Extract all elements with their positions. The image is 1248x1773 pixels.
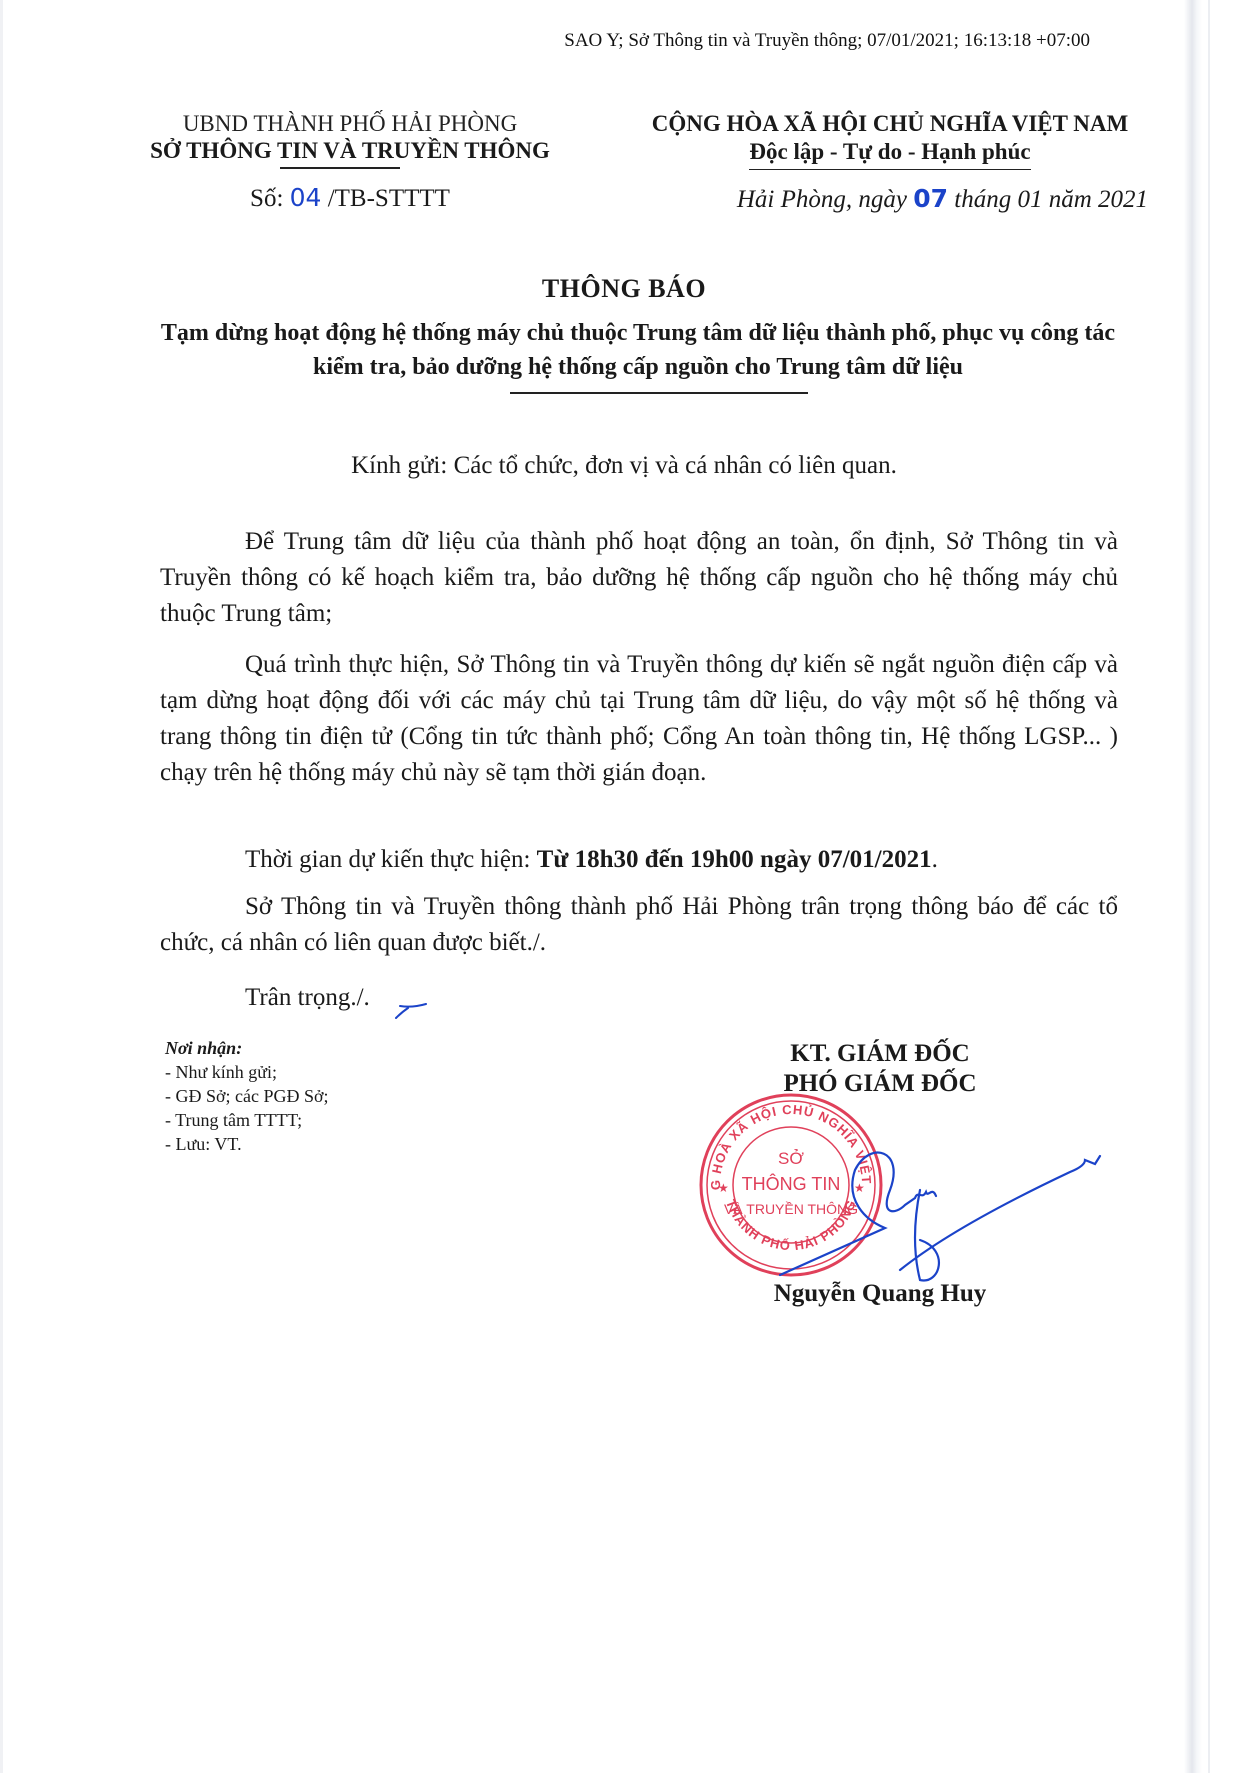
subtitle-underline: [510, 392, 808, 394]
scan-artifact-line: [1208, 0, 1210, 1773]
recipients-label: Nơi nhận:: [165, 1036, 329, 1060]
paragraph-text: Quá trình thực hiện, Sở Thông tin và Tru…: [160, 647, 1118, 791]
document-title: THÔNG BÁO: [0, 274, 1248, 304]
document-number: Số: 04 /TB-STTTT: [120, 183, 580, 213]
national-motto: Độc lập - Tự do - Hạnh phúc: [749, 137, 1030, 170]
authority-name: UBND THÀNH PHỐ HẢI PHÒNG: [120, 110, 580, 137]
issuing-authority-block: UBND THÀNH PHỐ HẢI PHÒNG SỞ THÔNG TIN VÀ…: [120, 110, 580, 213]
recipients-block: Nơi nhận: - Như kính gửi; - GĐ Sở; các P…: [165, 1036, 329, 1156]
svg-text:★: ★: [718, 1181, 729, 1195]
handwritten-tick-icon: [392, 1000, 432, 1022]
place-date: Hải Phòng, ngày 07 tháng 01 năm 2021: [620, 184, 1160, 214]
schedule-paragraph: Thời gian dự kiến thực hiện: Từ 18h30 đế…: [160, 842, 1118, 878]
paragraph-text: Để Trung tâm dữ liệu của thành phố hoạt …: [160, 524, 1118, 632]
month-year: tháng 01 năm 2021: [954, 186, 1148, 213]
scan-left-edge: [0, 0, 3, 1773]
recipient-item: - GĐ Sở; các PGĐ Sở;: [165, 1084, 329, 1108]
copy-stamp: SAO Y; Sở Thông tin và Truyền thông; 07/…: [564, 30, 1090, 52]
document-subtitle: Tạm dừng hoạt động hệ thống máy chủ thuộ…: [150, 316, 1126, 384]
scan-artifact: [1184, 0, 1202, 1773]
schedule-label: Thời gian dự kiến thực hiện:: [245, 846, 537, 873]
closing: Trân trọng./.: [160, 980, 1118, 1016]
national-motto-block: CỘNG HÒA XÃ HỘI CHỦ NGHĨA VIỆT NAM Độc l…: [620, 110, 1160, 214]
department-underline: [280, 167, 400, 169]
number-suffix: /TB-STTTT: [328, 185, 450, 212]
body-paragraph-4: Sở Thông tin và Truyền thông thành phố H…: [160, 889, 1118, 961]
signer-name: Nguyễn Quang Huy: [720, 1280, 1040, 1308]
closing-text: Trân trọng./.: [160, 980, 1118, 1016]
body-paragraph-1: Để Trung tâm dữ liệu của thành phố hoạt …: [160, 524, 1118, 632]
schedule-end: .: [932, 846, 938, 873]
day-handwritten: 07: [913, 184, 948, 213]
place-date-prefix: Hải Phòng, ngày: [737, 186, 907, 213]
paragraph-text: Sở Thông tin và Truyền thông thành phố H…: [160, 889, 1118, 961]
number-label: Số:: [250, 185, 283, 212]
handwritten-signature-icon: [740, 1120, 1120, 1300]
greeting: Kính gửi: Các tổ chức, đơn vị và cá nhân…: [0, 452, 1248, 480]
country-name: CỘNG HÒA XÃ HỘI CHỦ NGHĨA VIỆT NAM: [620, 110, 1160, 137]
recipient-item: - Trung tâm TTTT;: [165, 1108, 329, 1132]
department-name: SỞ THÔNG TIN VÀ TRUYỀN THÔNG: [120, 137, 580, 165]
recipient-item: - Lưu: VT.: [165, 1132, 329, 1156]
body-paragraph-2: Quá trình thực hiện, Sở Thông tin và Tru…: [160, 647, 1118, 791]
number-handwritten: 04: [290, 183, 322, 212]
signature-title-1: KT. GIÁM ĐỐC: [720, 1040, 1040, 1068]
schedule-value: Từ 18h30 đến 19h00 ngày 07/01/2021: [537, 846, 932, 873]
recipient-item: - Như kính gửi;: [165, 1060, 329, 1084]
